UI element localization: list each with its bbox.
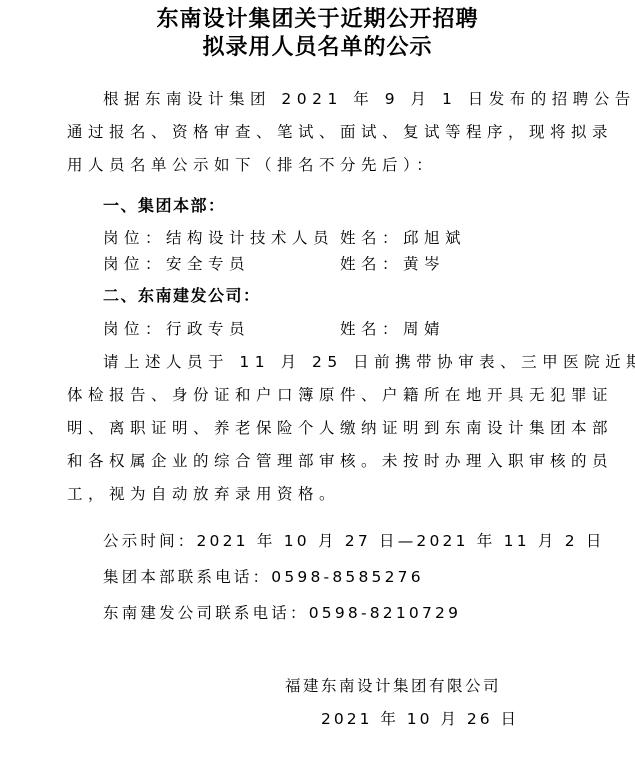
position-label: 岗位：安全专员 (103, 255, 250, 273)
person-name: 姓名：周婧 (340, 318, 445, 340)
title-line-2: 拟录用人员名单的公示 (0, 32, 635, 62)
signature-date: 2021 年 10 月 26 日 (321, 708, 519, 730)
notice-line-3: 明、离职证明、养老保险个人缴纳证明到东南设计集团本部 (67, 417, 613, 439)
notice-line-4: 和各权属企业的综合管理部审核。未按时办理入职审核的员 (67, 450, 613, 472)
person-name: 姓名：黄岑 (340, 253, 445, 275)
title-line-1: 东南设计集团关于近期公开招聘 (0, 4, 635, 34)
section-heading-jianfa: 二、东南建发公司： (103, 285, 261, 307)
position-row: 岗位：安全专员 姓名：黄岑 (103, 253, 603, 275)
section-heading-hq: 一、集团本部： (103, 195, 226, 217)
position-row: 岗位：结构设计技术人员 姓名：邱旭斌 (103, 227, 603, 249)
person-name: 姓名：邱旭斌 (340, 227, 466, 249)
publicity-period: 公示时间：2021 年 10 月 27 日—2021 年 11 月 2 日 (103, 530, 605, 552)
notice-line-1: 请上述人员于 11 月 25 日前携带协审表、三甲医院近期 (103, 351, 635, 373)
position-label: 岗位：结构设计技术人员 (103, 229, 334, 247)
position-label: 岗位：行政专员 (103, 320, 250, 338)
intro-line-2: 通过报名、资格审查、笔试、面试、复试等程序，现将拟录 (67, 121, 613, 143)
signature-org: 福建东南设计集团有限公司 (285, 675, 501, 697)
contact-jianfa: 东南建发公司联系电话：0598-8210729 (103, 602, 461, 624)
contact-hq: 集团本部联系电话：0598-8585276 (103, 566, 424, 588)
intro-line-3: 用人员名单公示如下（排名不分先后）： (67, 154, 437, 176)
notice-line-2: 体检报告、身份证和户口簿原件、户籍所在地开具无犯罪证 (67, 384, 613, 406)
position-row: 岗位：行政专员 姓名：周婧 (103, 318, 603, 340)
notice-line-5: 工，视为自动放弃录用资格。 (67, 483, 340, 505)
intro-line-1: 根据东南设计集团 2021 年 9 月 1 日发布的招聘公告， (103, 88, 635, 110)
